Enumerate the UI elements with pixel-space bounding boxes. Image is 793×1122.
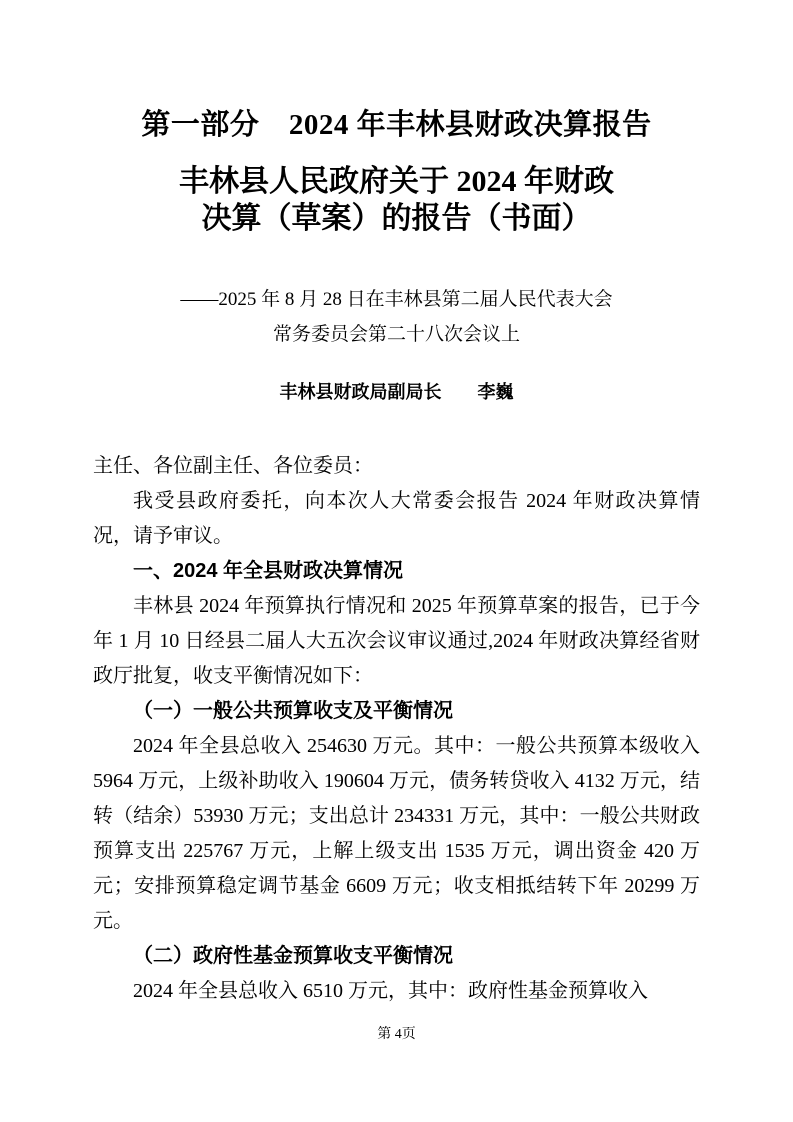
presenter-line: 丰林县财政局副局长 李巍: [93, 381, 700, 403]
document-body: 主任、各位副主任、各位委员：我受县政府委托，向本次人大常委会报告 2024 年财…: [93, 449, 700, 1009]
body-paragraph: 丰林县 2024 年预算执行情况和 2025 年预算草案的报告，已于今年 1 月…: [93, 589, 700, 694]
meeting-note-line1: ——2025 年 8 月 28 日在丰林县第二届人民代表大会: [180, 289, 612, 310]
meeting-note: ——2025 年 8 月 28 日在丰林县第二届人民代表大会常务委员会第二十八次…: [93, 282, 700, 352]
report-title: 丰林县人民政府关于 2024 年财政决算（草案）的报告（书面）: [93, 163, 700, 237]
page-number: 第 4页: [0, 1026, 793, 1044]
document-content: 第一部分 2024 年丰林县财政决算报告 丰林县人民政府关于 2024 年财政决…: [93, 0, 700, 1009]
part-title: 第一部分 2024 年丰林县财政决算报告: [93, 108, 700, 142]
salutation: 主任、各位副主任、各位委员：: [93, 449, 700, 484]
meeting-note-line2: 常务委员会第二十八次会议上: [273, 324, 520, 345]
report-title-line1: 丰林县人民政府关于 2024 年财政: [179, 165, 614, 198]
heading-1: 一、2024 年全县财政决算情况: [93, 554, 700, 589]
body-paragraph: 2024 年全县总收入 6510 万元，其中：政府性基金预算收入: [93, 974, 700, 1009]
heading-2: （二）政府性基金预算收支平衡情况: [93, 939, 700, 974]
body-paragraph: 2024 年全县总收入 254630 万元。其中：一般公共预算本级收入 5964…: [93, 729, 700, 939]
document-page: 第一部分 2024 年丰林县财政决算报告 丰林县人民政府关于 2024 年财政决…: [0, 0, 793, 1122]
body-paragraph: 我受县政府委托，向本次人大常委会报告 2024 年财政决算情况，请予审议。: [93, 484, 700, 554]
heading-2: （一）一般公共预算收支及平衡情况: [93, 694, 700, 729]
report-title-line2: 决算（草案）的报告（书面）: [202, 202, 592, 235]
